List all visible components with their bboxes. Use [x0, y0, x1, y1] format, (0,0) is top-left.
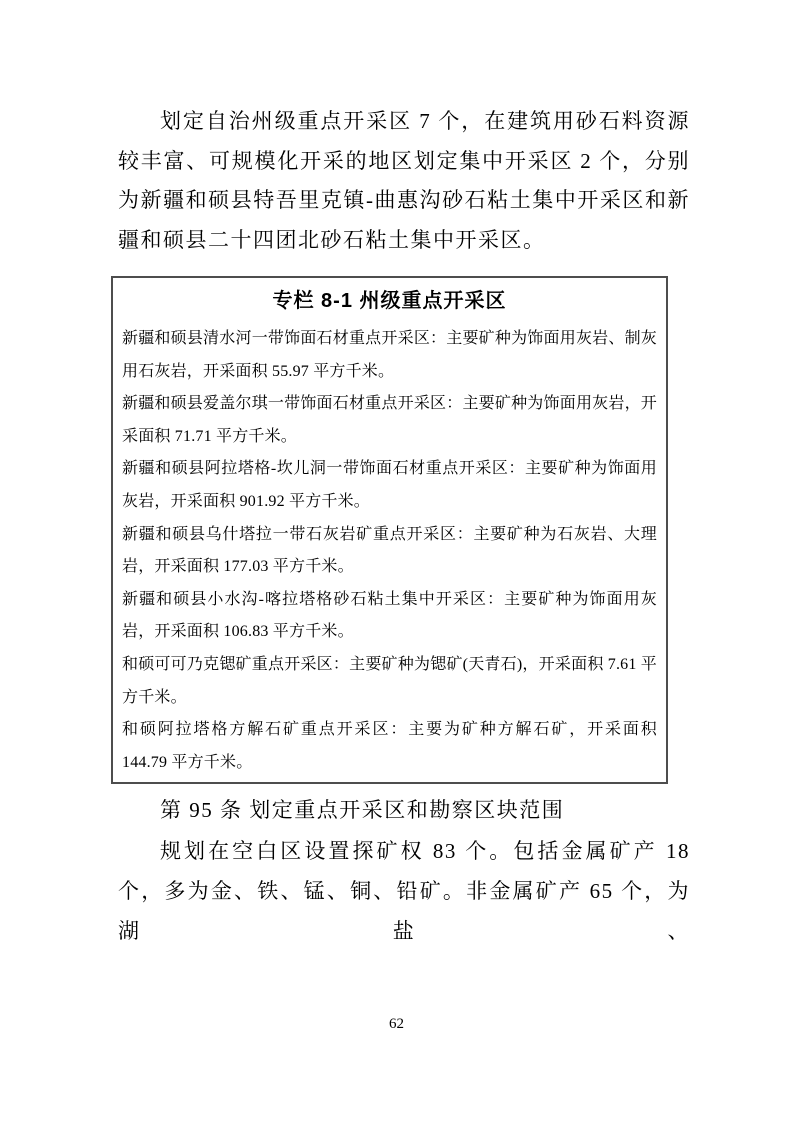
box-item: 新疆和硕县小水沟-喀拉塔格砂石粘土集中开采区：主要矿种为饰面用灰岩，开采面积 1… — [122, 584, 657, 649]
page-number: 62 — [0, 1016, 793, 1033]
box-item: 新疆和硕县阿拉塔格-坎儿洞一带饰面石材重点开采区：主要矿种为饰面用灰岩，开采面积… — [122, 453, 657, 518]
box-title: 专栏 8-1 州级重点开采区 — [122, 285, 657, 318]
document-page: 划定自治州级重点开采区 7 个，在建筑用砂石料资源较丰富、可规模化开采的地区划定… — [0, 0, 793, 1122]
box-item: 和硕阿拉塔格方解石矿重点开采区：主要为矿种方解石矿，开采面积 144.79 平方… — [122, 714, 657, 779]
article-section: 第 95 条 划定重点开采区和勘察区块范围 规划在空白区设置探矿权 83 个。包… — [118, 789, 690, 951]
callout-box: 专栏 8-1 州级重点开采区 新疆和硕县清水河一带饰面石材重点开采区：主要矿种为… — [111, 276, 668, 784]
box-item: 新疆和硕县清水河一带饰面石材重点开采区：主要矿种为饰面用灰岩、制灰用石灰岩，开采… — [122, 323, 657, 388]
box-item: 新疆和硕县爱盖尔琪一带饰面石材重点开采区：主要矿种为饰面用灰岩，开采面积 71.… — [122, 388, 657, 453]
box-item: 新疆和硕县乌什塔拉一带石灰岩矿重点开采区：主要矿种为石灰岩、大理岩，开采面积 1… — [122, 519, 657, 584]
article-paragraph: 规划在空白区设置探矿权 83 个。包括金属矿产 18 个，多为金、铁、锰、铜、铅… — [118, 831, 690, 951]
article-heading: 第 95 条 划定重点开采区和勘察区块范围 — [118, 789, 690, 831]
intro-paragraph: 划定自治州级重点开采区 7 个，在建筑用砂石料资源较丰富、可规模化开采的地区划定… — [118, 102, 690, 260]
box-item: 和硕可可乃克锶矿重点开采区：主要矿种为锶矿(天青石)，开采面积 7.61 平方千… — [122, 649, 657, 714]
